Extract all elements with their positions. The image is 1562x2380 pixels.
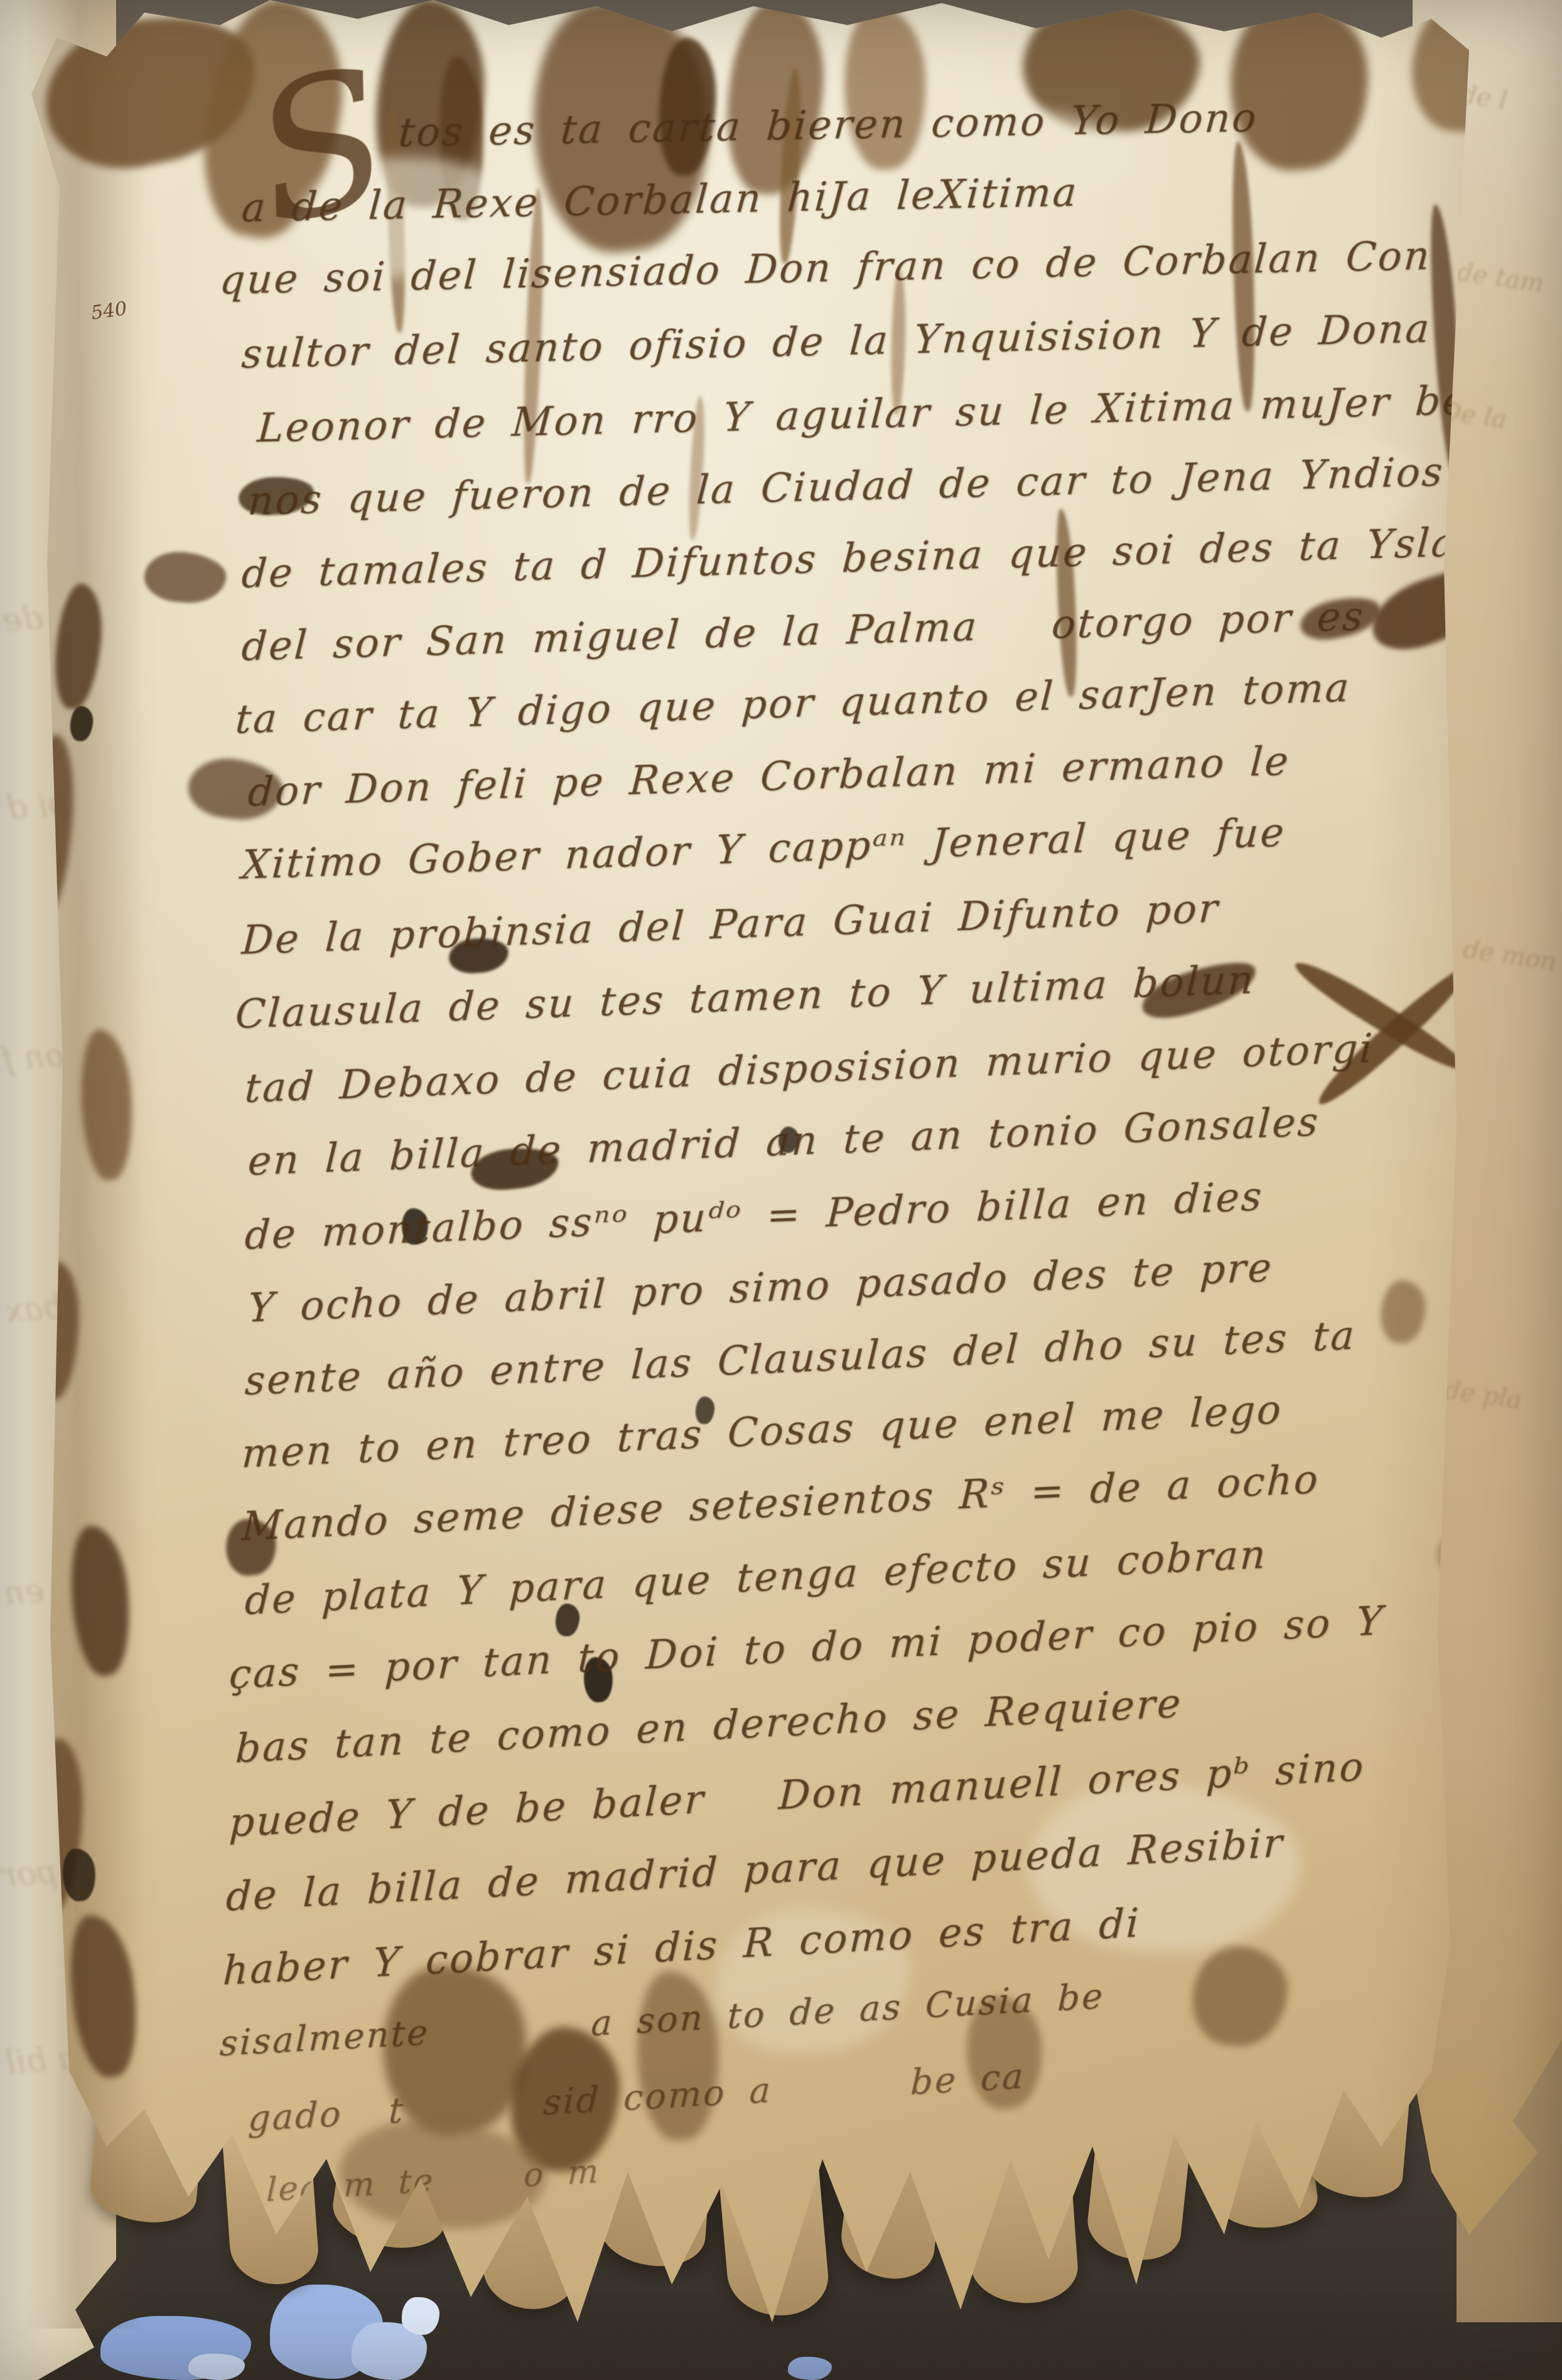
manuscript-line: de tamales ta d Difuntos besina que soi …	[240, 520, 1458, 597]
manuscript-line: Xitimo Gober nador Y cappᵃⁿ Jeneral que …	[240, 810, 1287, 888]
blue-surface-patch	[788, 2357, 832, 2380]
blue-surface-patch	[402, 2297, 439, 2335]
handwriting-layer: S 540 tos es ta carta bieren como Yo Don…	[31, 0, 1469, 2329]
manuscript-line: gado t sid como a be ca	[247, 2056, 1026, 2140]
manuscript-line: de montalbo ssⁿᵒ puᵈᵒ = Pedro billa en d…	[244, 1174, 1264, 1259]
folio-number: 540	[90, 297, 129, 324]
manuscript-line: sisalmente a son to de as Cusia be	[219, 1976, 1105, 2064]
manuscript-line: en la billa de madrid an te an tonio Gon…	[247, 1099, 1321, 1184]
manuscript-line: sultor del santo ofisio de la Ynquisisio…	[240, 306, 1433, 377]
manuscript-line: Y ocho de abril pro simo pasado des te p…	[247, 1245, 1274, 1331]
manuscript-line: que soi del lisensiado Don fran co de Co…	[218, 233, 1433, 303]
manuscript-photo: S 540 tos es ta carta bieren como Yo Don…	[0, 0, 1562, 2380]
manuscript-line: ta car ta Y digo que por quanto el sarJe…	[234, 665, 1352, 742]
manuscript-line: dor Don feli pe Rexe Corbalan mi ermano …	[247, 738, 1291, 815]
manuscript-line: Leonor de Mon rro Y aguilar su le Xitima…	[256, 377, 1506, 451]
manuscript-line: tad Debaxo de cuia disposision murio que…	[244, 1026, 1375, 1112]
manuscript-line: Mando seme diese setesientos Rˢ = de a o…	[240, 1456, 1320, 1550]
manuscript-line: men to en treo tras Cosas que enel me le…	[240, 1386, 1283, 1477]
manuscript-line: Clausula de su tes tamen to Y ultima bol…	[234, 957, 1256, 1037]
manuscript-line: nos que fueron de la Ciudad de car to Je…	[247, 449, 1446, 524]
blue-surface-patch	[188, 2354, 245, 2380]
manuscript-line: del sor San miguel de la Palma otorgo po…	[240, 593, 1366, 670]
manuscript-line: bas tan te como en derecho se Requiere	[235, 1680, 1183, 1772]
manuscript-line: De la probinsia del Para Guai Difunto po…	[240, 886, 1220, 963]
flourish-initial: S	[236, 26, 408, 267]
manuscript-line: haber Y cobrar si dis R como es tra di	[222, 1900, 1141, 1994]
manuscript-line: tos es ta carta bieren como Yo Dono	[397, 95, 1259, 156]
